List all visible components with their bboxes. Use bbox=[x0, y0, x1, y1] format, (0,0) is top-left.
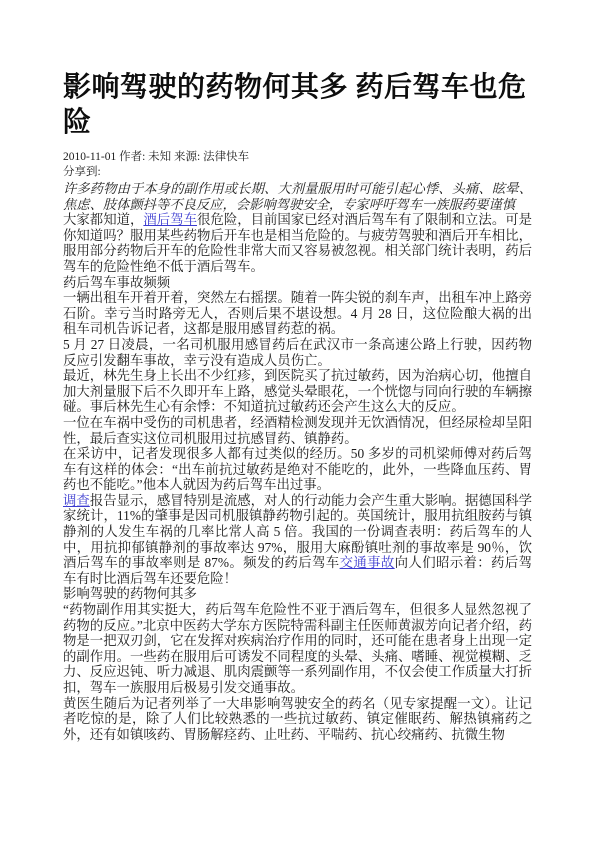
article-content: 影响驾驶的药物何其多 药后驾车也危险 2010-11-01 作者: 未知 来源:… bbox=[63, 70, 532, 742]
paragraph: 最近，林先生身上长出不少红疹，到医院买了抗过敏药，因为治病心切，他擅自加大剂量服… bbox=[63, 368, 532, 415]
text-run: 药后驾车事故频频 bbox=[63, 275, 170, 290]
article-lead: 许多药物由于本身的副作用或长期、大剂量服用时可能引起心悸、头痛、眩晕、焦虑、肢体… bbox=[63, 181, 532, 212]
paragraph: 黄医生随后为记者列举了一大串影响驾驶安全的药名（见专家提醒一文）。让记者吃惊的是… bbox=[63, 696, 532, 743]
survey-link[interactable]: 调查 bbox=[63, 493, 90, 508]
paragraph: 大家都知道，酒后驾车很危险，目前国家已经对酒后驾车有了限制和立法。可是你知道吗？… bbox=[63, 212, 532, 274]
article-meta: 2010-11-01 作者: 未知 来源: 法律快车 bbox=[63, 150, 532, 165]
text-run: 5 月 27 日凌晨，一名司机服用感冒药后在武汉市一条高速公路上行驶，因药物反应… bbox=[63, 337, 532, 368]
article-title: 影响驾驶的药物何其多 药后驾车也危险 bbox=[63, 70, 532, 140]
traffic-accident-link[interactable]: 交通事故 bbox=[340, 555, 395, 570]
paragraph: 在采访中，记者发现很多人都有过类似的经历。50 多岁的司机梁师傅对药后驾车有这样… bbox=[63, 446, 532, 493]
share-label[interactable]: 分享到: bbox=[63, 165, 532, 180]
text-run: 一辆出租车开着开着，突然左右摇摆。随着一阵尖锐的刹车声，出租车冲上路旁石阶。幸亏… bbox=[63, 290, 532, 336]
paragraph: 5 月 27 日凌晨，一名司机服用感冒药后在武汉市一条高速公路上行驶，因药物反应… bbox=[63, 337, 532, 368]
text-run: 最近，林先生身上长出不少红疹，到医院买了抗过敏药，因为治病心切，他擅自加大剂量服… bbox=[63, 368, 532, 414]
section-heading: 影响驾驶的药物何其多 bbox=[63, 586, 532, 602]
paragraph: 调查报告显示，感冒特别是流感，对人的行动能力会产生重大影响。据德国科学家统计，1… bbox=[63, 493, 532, 587]
text-run: 一位在车祸中受伤的司机患者，经酒精检测发现并无饮酒情况，但经尿检却呈阳性，最后查… bbox=[63, 415, 532, 446]
text-run: “药物副作用其实挺大，药后驾车危险性不亚于酒后驾车，但很多人显然忽视了药物的反应… bbox=[63, 602, 532, 695]
text-run: 影响驾驶的药物何其多 bbox=[63, 586, 197, 601]
paragraph: 一位在车祸中受伤的司机患者，经酒精检测发现并无饮酒情况，但经尿检却呈阳性，最后查… bbox=[63, 415, 532, 446]
article-body: 大家都知道，酒后驾车很危险，目前国家已经对酒后驾车有了限制和立法。可是你知道吗？… bbox=[63, 212, 532, 742]
section-heading: 药后驾车事故频频 bbox=[63, 275, 532, 291]
text-run: 黄医生随后为记者列举了一大串影响驾驶安全的药名（见专家提醒一文）。让记者吃惊的是… bbox=[63, 696, 532, 742]
text-run: 在采访中，记者发现很多人都有过类似的经历。50 多岁的司机梁师傅对药后驾车有这样… bbox=[63, 446, 532, 492]
drunk-driving-link[interactable]: 酒后驾车 bbox=[143, 212, 197, 227]
paragraph: 一辆出租车开着开着，突然左右摇摆。随着一阵尖锐的刹车声，出租车冲上路旁石阶。幸亏… bbox=[63, 290, 532, 337]
document-page: 影响驾驶的药物何其多 药后驾车也危险 2010-11-01 作者: 未知 来源:… bbox=[0, 0, 595, 842]
text-run: 大家都知道， bbox=[63, 212, 143, 227]
paragraph: “药物副作用其实挺大，药后驾车危险性不亚于酒后驾车，但很多人显然忽视了药物的反应… bbox=[63, 602, 532, 696]
